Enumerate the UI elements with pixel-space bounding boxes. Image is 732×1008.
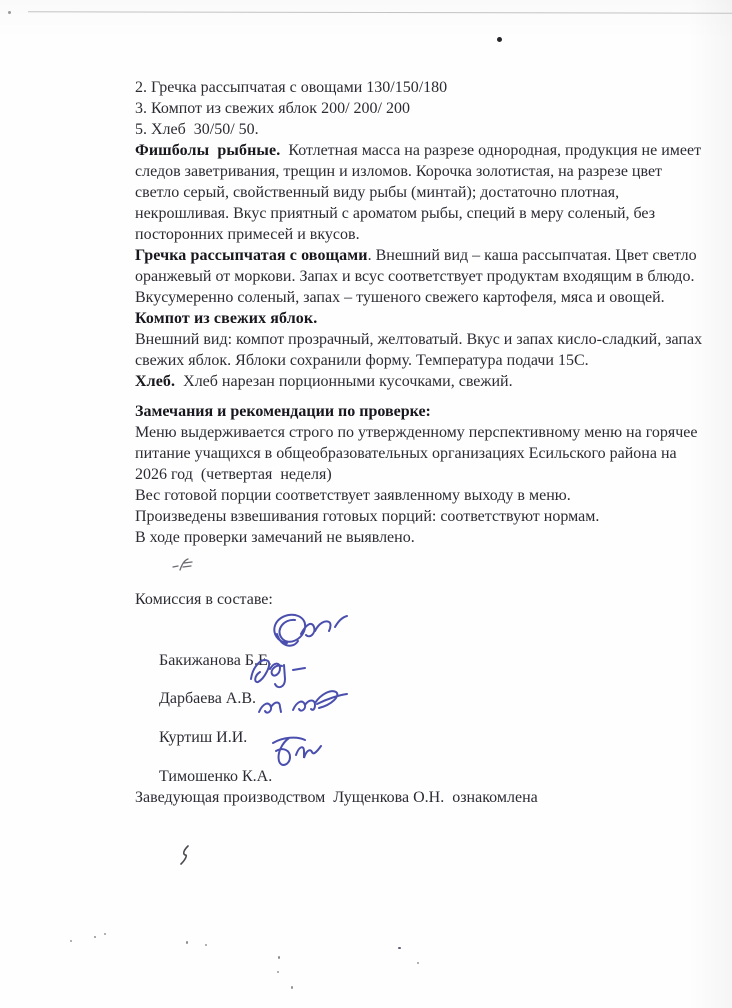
commission-member-row: Дарбаева А.В. [135, 667, 256, 688]
paragraph-taste: Вкусумеренно соленый, запах – тушеного с… [135, 287, 703, 308]
scan-speck [291, 986, 293, 989]
paragraph-buckwheat: Гречка рассыпчатая с овощами. Внешний ви… [135, 245, 703, 287]
signature-bakizhanova [265, 603, 351, 655]
scan-speck [104, 933, 106, 935]
scan-speck [70, 940, 72, 942]
paragraph-bread: Хлеб. Хлеб нарезан порционными кусочками… [135, 371, 703, 392]
paragraph-compote-heading: Компот из свежих яблок. [135, 308, 703, 329]
scan-speck [205, 944, 207, 946]
pen-scribble-mark [178, 845, 192, 865]
scan-speck [278, 956, 280, 959]
paragraph-fishballs: Фишболы рыбные. Котлетная масса на разре… [135, 140, 703, 245]
paragraph-compote: Внешний вид: компот прозрачный, желтоват… [135, 329, 703, 371]
member-name: Куртиш И.И. [159, 729, 247, 746]
commission-member-row: Тимошенко К.А. [135, 745, 272, 766]
paragraph-text: Внешний вид: компот прозрачный, желтоват… [135, 331, 706, 369]
pen-scribble-mark [172, 558, 194, 574]
remarks-heading: Замечания и рекомендации по проверке: [135, 401, 703, 422]
commission-member-row: Куртиш И.И. [135, 706, 247, 727]
remarks-line: Меню выдерживается строго по утвержденно… [135, 422, 703, 485]
scan-edge-line [28, 11, 732, 13]
acknowledgement-line: Заведующая производством Лущенкова О.Н. … [135, 787, 538, 808]
menu-list-item: 3. Компот из свежих яблок 200/ 200/ 200 [135, 98, 703, 119]
scan-speck [277, 971, 279, 973]
scanned-document-page: 2. Гречка рассыпчатая с овощами 130/150/… [0, 0, 732, 1008]
commission-member-row: Бакижанова Б.Е. [135, 629, 272, 650]
signature-kurtysh [253, 686, 351, 724]
scan-speck [94, 936, 96, 938]
paragraph-lead-bold: Компот из свежих яблок. [135, 310, 317, 327]
signature-timoshenko [265, 731, 329, 773]
commission-label: Комиссия в составе: [135, 589, 273, 610]
paragraph-text: Хлеб нарезан порционными кусочками, свеж… [175, 373, 512, 390]
paragraph-lead-bold: Фишболы рыбные. [135, 142, 280, 159]
scan-speck [398, 947, 401, 949]
remarks-line: Произведены взвешивания готовых порций: … [135, 506, 703, 527]
paragraph-lead-bold: Хлеб. [135, 373, 175, 390]
ink-speck [497, 37, 502, 42]
menu-list-item: 2. Гречка рассыпчатая с овощами 130/150/… [135, 77, 703, 98]
member-name: Дарбаева А.В. [159, 690, 256, 707]
scan-speck [8, 11, 11, 14]
paragraph-text: Вкусумеренно соленый, запах – тушеного с… [135, 289, 665, 306]
document-body: 2. Гречка рассыпчатая с овощами 130/150/… [135, 77, 703, 548]
menu-list-item: 5. Хлеб 30/50/ 50. [135, 119, 703, 140]
scan-speck [417, 962, 419, 964]
remarks-line: Вес готовой порции соответствует заявлен… [135, 485, 703, 506]
paragraph-lead-bold: Гречка рассыпчатая с овощами [135, 247, 368, 264]
member-name: Тимошенко К.А. [159, 768, 272, 785]
scan-speck [186, 941, 188, 944]
remarks-line: В ходе проверки замечаний не выявлено. [135, 527, 703, 548]
